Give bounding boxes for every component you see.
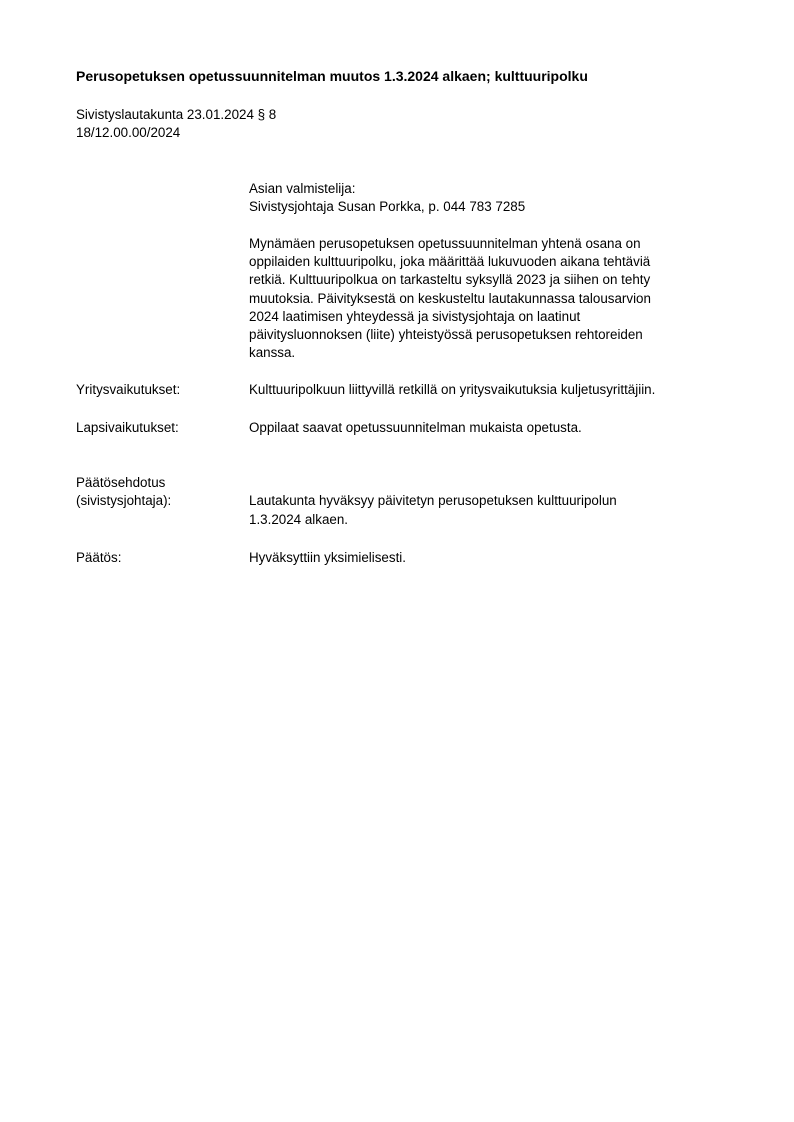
proposal-label-author: (sivistysjohtaja): bbox=[76, 492, 171, 510]
proposal-text: Lautakunta hyväksyy päivitetyn perusopet… bbox=[249, 492, 617, 510]
proposal-text-cont: 1.3.2024 alkaen. bbox=[249, 511, 348, 529]
body-line: 2024 laatimisen yhteydessä ja sivistysjo… bbox=[249, 308, 734, 326]
body-line: oppilaiden kulttuuripolku, joka määrittä… bbox=[249, 253, 734, 271]
body-line: kanssa. bbox=[249, 344, 734, 362]
preparer: Sivistysjohtaja Susan Porkka, p. 044 783… bbox=[249, 198, 525, 216]
document-title: Perusopetuksen opetussuunnitelman muutos… bbox=[76, 68, 588, 84]
child-impact-label: Lapsivaikutukset: bbox=[76, 419, 179, 437]
body-line: muutoksia. Päivityksestä on keskusteltu … bbox=[249, 290, 734, 308]
decision-text: Hyväksyttiin yksimielisesti. bbox=[249, 549, 406, 567]
body-line: päivitysluonnoksen (liite) yhteistyössä … bbox=[249, 326, 734, 344]
business-impact-text: Kulttuuripolkuun liittyvillä retkillä on… bbox=[249, 381, 655, 399]
child-impact-text: Oppilaat saavat opetussuunnitelman mukai… bbox=[249, 419, 582, 437]
preparer-label: Asian valmistelija: bbox=[249, 180, 355, 198]
body-paragraph: Mynämäen perusopetuksen opetussuunnitelm… bbox=[249, 235, 734, 362]
record-number: 18/12.00.00/2024 bbox=[76, 124, 180, 142]
meeting-reference: Sivistyslautakunta 23.01.2024 § 8 bbox=[76, 106, 276, 124]
proposal-label: Päätösehdotus bbox=[76, 474, 165, 492]
decision-label: Päätös: bbox=[76, 549, 121, 567]
body-line: retkiä. Kulttuuripolkua on tarkasteltu s… bbox=[249, 271, 734, 289]
business-impact-label: Yritysvaikutukset: bbox=[76, 381, 180, 399]
body-line: Mynämäen perusopetuksen opetussuunnitelm… bbox=[249, 235, 734, 253]
